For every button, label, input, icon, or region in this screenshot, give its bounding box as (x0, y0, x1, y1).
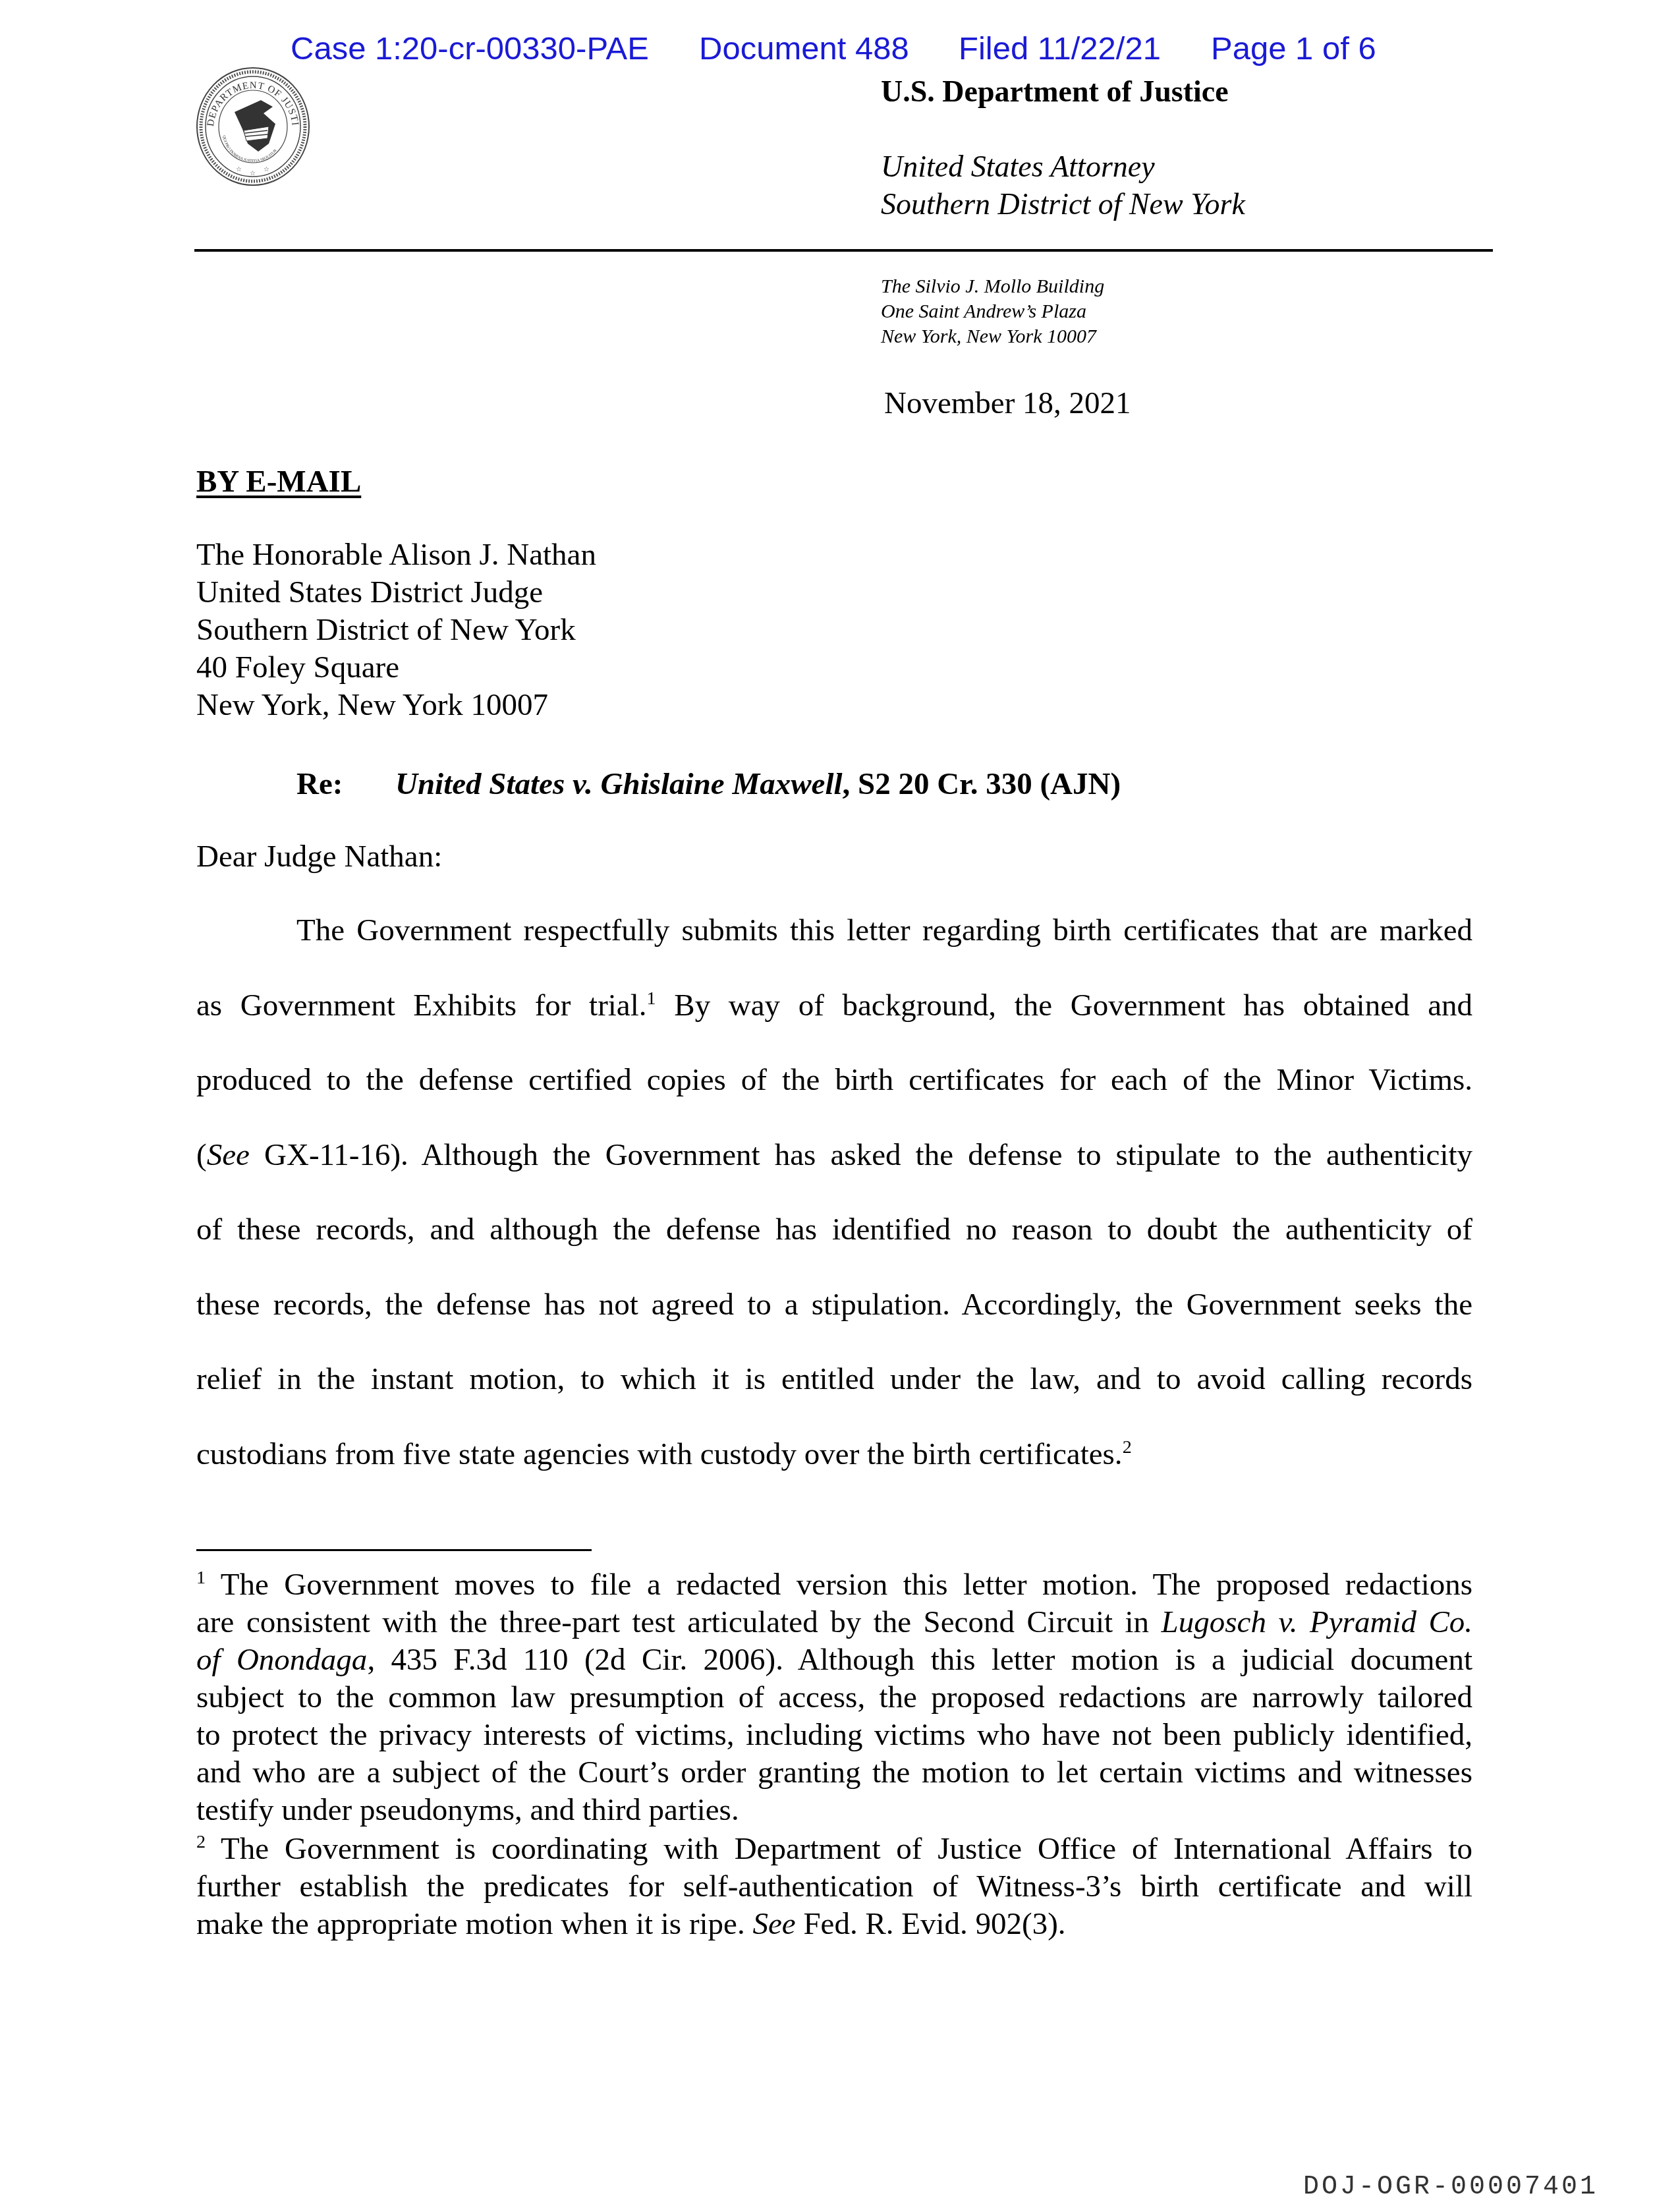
letterhead-office: United States Attorney (881, 149, 1155, 184)
footnote-ref[interactable]: 2 (1123, 1437, 1132, 1458)
text-line: (See GX-11-16). Although the Government … (196, 1137, 1472, 1173)
svg-text:☆: ☆ (236, 166, 242, 173)
text-line: of Onondaga, 435 F.3d 110 (2d Cir. 2006)… (196, 1642, 1472, 1678)
salutation: Dear Judge Nathan: (196, 839, 442, 874)
text-line: subject to the common law presumption of… (196, 1680, 1472, 1715)
stamp-page-count: Page 1 of 6 (1211, 30, 1376, 67)
recipient-line: The Honorable Alison J. Nathan (196, 537, 596, 573)
recipient-line: Southern District of New York (196, 612, 576, 648)
stamp-document-number: Document 488 (699, 30, 909, 67)
re-label: Re: (296, 766, 343, 802)
footnote-ref[interactable]: 1 (647, 988, 656, 1009)
text-line: are consistent with the three-part test … (196, 1604, 1472, 1640)
footnote-divider (196, 1549, 592, 1551)
letterhead-department: U.S. Department of Justice (881, 74, 1229, 109)
letterhead-district: Southern District of New York (881, 186, 1245, 221)
recipient-line: 40 Foley Square (196, 650, 399, 685)
text-line: these records, the defense has not agree… (196, 1287, 1472, 1322)
text-line: custodians from five state agencies with… (196, 1436, 1472, 1472)
svg-text:☆: ☆ (264, 166, 269, 173)
text-line: 1 The Government moves to file a redacte… (196, 1567, 1472, 1602)
text-line: relief in the instant motion, to which i… (196, 1361, 1472, 1397)
footnote-number: 2 (196, 1832, 206, 1852)
text-line: testify under pseudonyms, and third part… (196, 1792, 1472, 1828)
office-address-line: New York, New York 10007 (881, 326, 1096, 348)
text-line: make the appropriate motion when it is r… (196, 1906, 1472, 1942)
text-line: further establish the predicates for sel… (196, 1869, 1472, 1904)
re-case-name: United States v. Ghislaine Maxwell (395, 767, 843, 801)
text-line: to protect the privacy interests of vict… (196, 1717, 1472, 1753)
text-line: as Government Exhibits for trial.1 By wa… (196, 988, 1472, 1023)
footnote-number: 1 (196, 1568, 206, 1588)
stamp-filed-date: Filed 11/22/21 (959, 30, 1161, 67)
re-case-number: , S2 20 Cr. 330 (AJN) (843, 767, 1121, 801)
recipient-line: United States District Judge (196, 575, 543, 610)
text-line: The Government respectfully submits this… (296, 913, 1472, 948)
stamp-case-number: Case 1:20-cr-00330-PAE (291, 30, 649, 67)
text-line: and who are a subject of the Court’s ord… (196, 1755, 1472, 1790)
office-address-line: One Saint Andrew’s Plaza (881, 300, 1086, 323)
text-line: produced to the defense certified copies… (196, 1062, 1472, 1098)
text-line: 2 The Government is coordinating with De… (196, 1831, 1472, 1867)
office-address-line: The Silvio J. Mollo Building (881, 275, 1104, 298)
letter-date: November 18, 2021 (884, 385, 1131, 421)
doj-seal-icon: DEPARTMENT OF JUSTICE QUI PRO DOMINA JUS… (195, 66, 311, 187)
svg-text:☆: ☆ (250, 170, 256, 177)
delivery-method: BY E-MAIL (196, 464, 361, 499)
text-line: of these records, and although the defen… (196, 1212, 1472, 1247)
bates-number: DOJ-OGR-00007401 (1303, 2172, 1598, 2202)
re-subject: United States v. Ghislaine Maxwell, S2 2… (395, 766, 1121, 802)
document-page: Case 1:20-cr-00330-PAE Document 488 File… (0, 0, 1680, 2212)
letterhead-divider (194, 249, 1493, 252)
recipient-line: New York, New York 10007 (196, 687, 548, 723)
